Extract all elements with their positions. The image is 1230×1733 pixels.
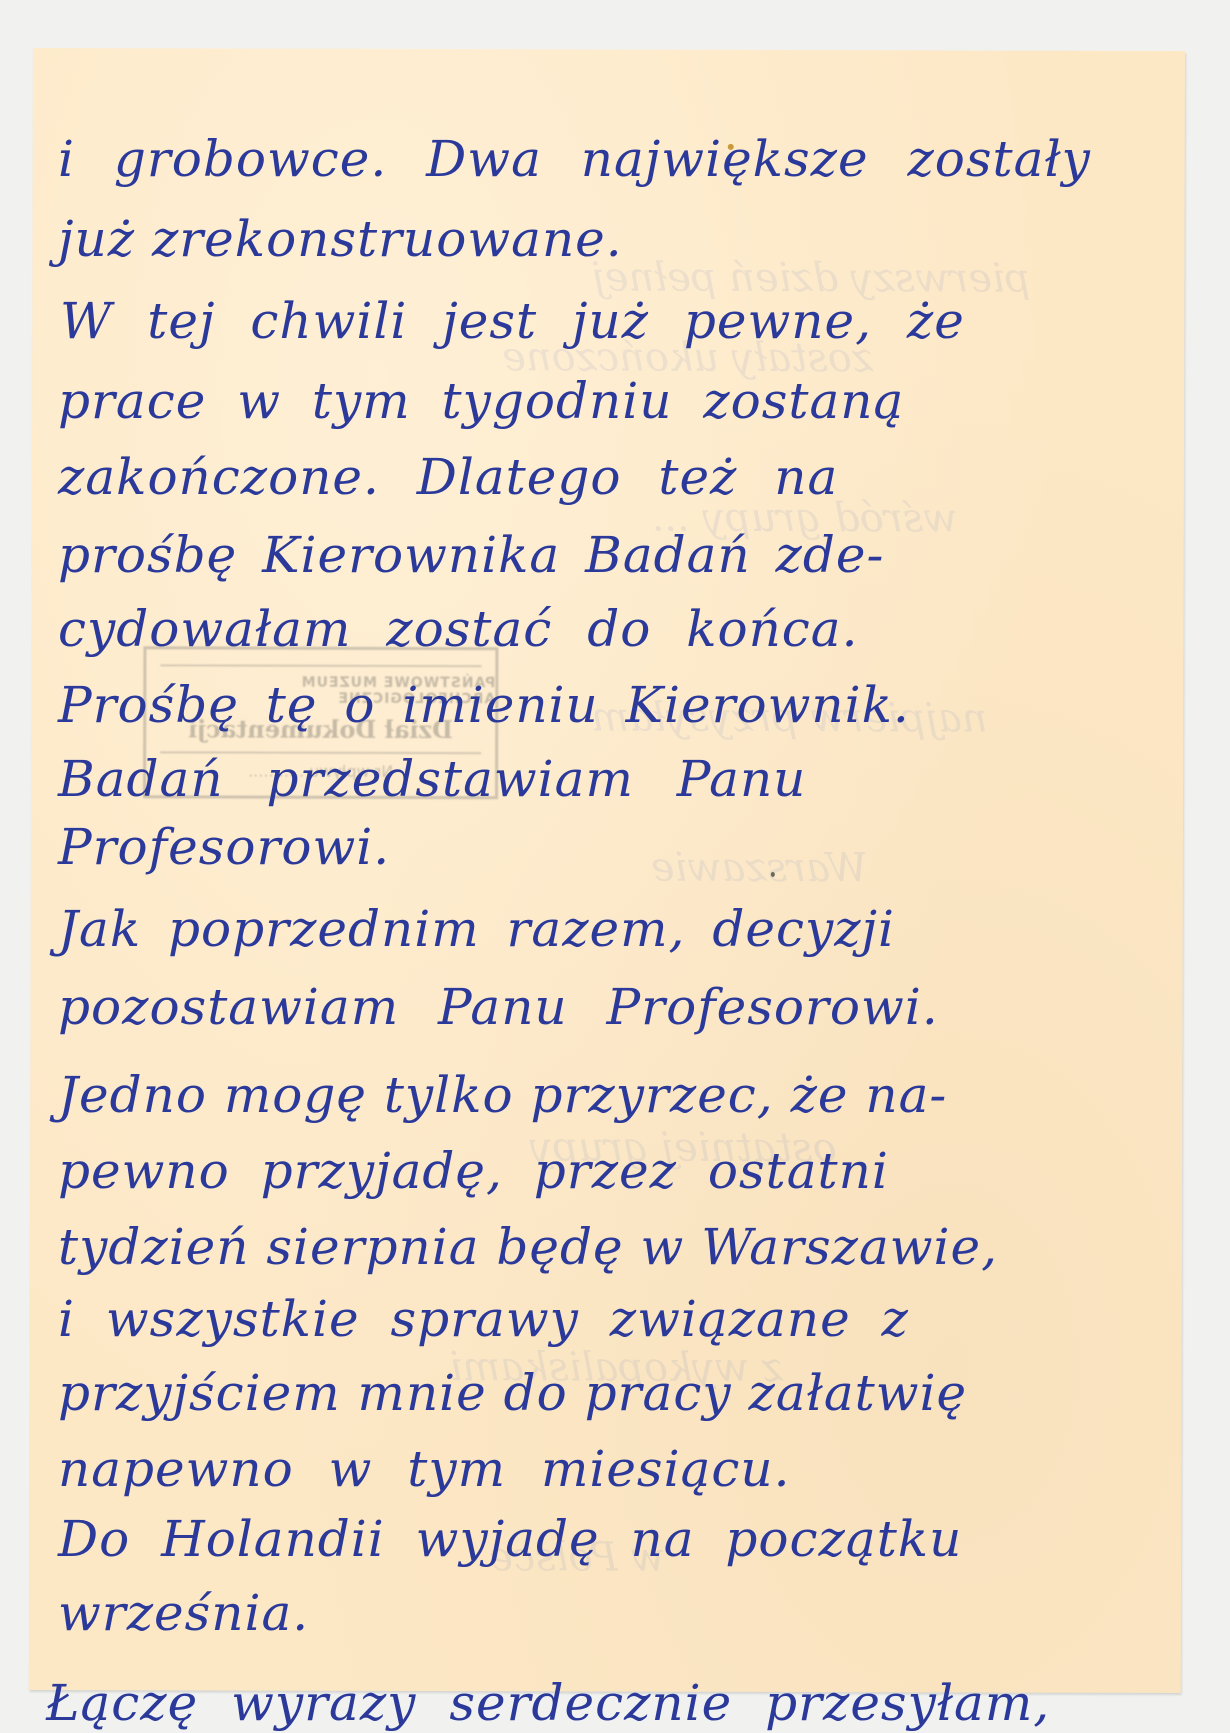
letter-line: prace w tym tygodniu zostaną: [58, 372, 904, 430]
letter-line: napewno w tym miesiącu.: [58, 1440, 791, 1498]
letter-line: W tej chwili jest już pewne, że: [60, 292, 965, 350]
letter-line: pewno przyjadę, przez ostatni: [58, 1142, 889, 1200]
letter-line: września.: [58, 1584, 309, 1642]
ink-speck: [771, 872, 775, 877]
letter-line: i wszystkie sprawy związane z: [58, 1290, 909, 1348]
stamp-rule: [160, 664, 481, 667]
letter-line: już zrekonstruowane.: [58, 210, 623, 268]
bleed-line: Warszawie: [651, 845, 868, 892]
letter-line: przyjściem mnie do pracy załatwię: [58, 1364, 967, 1422]
letter-line: Do Holandii wyjadę na początku: [58, 1510, 962, 1568]
letter-line: Profesorowi.: [58, 818, 390, 876]
letter-line: Jedno mogę tylko przyrzec, że na-: [58, 1066, 947, 1124]
letter-line: i grobowce. Dwa największe zostały: [58, 130, 1091, 188]
letter-line: prośbę Kierownika Badań zde-: [58, 526, 884, 584]
letter-line: Badań przedstawiam Panu: [58, 750, 806, 808]
letter-line: zakończone. Dlatego też na: [58, 448, 838, 506]
letter-line: cydowałam zostać do końca.: [58, 600, 859, 658]
letter-line: Łączę wyrazy serdecznie przesyłam,: [46, 1674, 1050, 1732]
letter-line: pozostawiam Panu Profesorowi.: [58, 978, 939, 1036]
letter-line: Prośbę tę o imieniu Kierownik.: [58, 676, 910, 734]
letter-line: Jak poprzednim razem, decyzji: [58, 900, 895, 958]
letter-line: tydzień sierpnia będę w Warszawie,: [58, 1218, 998, 1276]
